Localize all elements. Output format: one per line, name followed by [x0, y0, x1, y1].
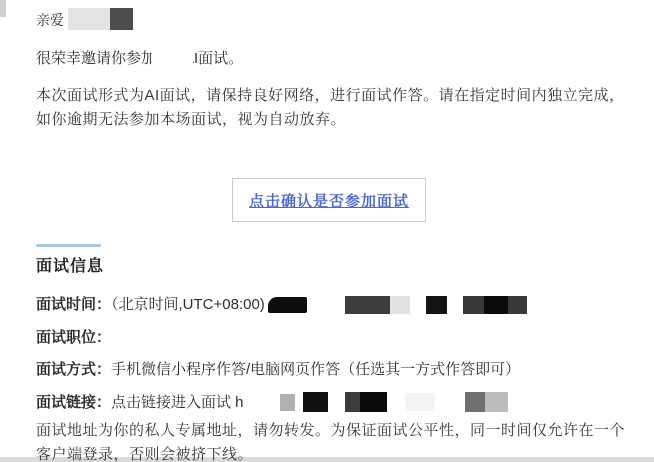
greeting-text: 亲爱 [36, 11, 64, 30]
interview-position-row: 面试职位： [36, 328, 111, 347]
interview-method-label: 面试方式： [36, 361, 111, 378]
redacted-block-invite [152, 46, 193, 67]
section-divider [36, 244, 101, 247]
redacted-block-time_row [390, 296, 410, 314]
redacted-block-time_row [345, 296, 390, 314]
redacted-block-greeting [68, 8, 110, 30]
window-edge-artifact-top-left [0, 0, 6, 17]
interview-time-value: （北京时间,UTC+08:00) [111, 296, 265, 313]
intro-paragraph: 本次面试形式为AI面试，请保持良好网络，进行面试作答。请在指定时间内独立完成，如… [36, 84, 628, 132]
confirm-button[interactable]: 点击确认是否参加面试 [232, 178, 426, 222]
redacted-block-link_row [303, 392, 328, 412]
interview-position-label: 面试职位： [36, 329, 111, 346]
interview-method-row: 面试方式：手机微信小程序作答/电脑网页作答（任选其一方式作答即可） [36, 360, 520, 379]
invite-line: 很荣幸邀请你参加 [36, 49, 156, 68]
redacted-block-time_row [463, 296, 484, 314]
redacted-block-time_row [268, 297, 307, 313]
redacted-block-link_row [360, 392, 387, 412]
redacted-block-link_row [485, 392, 508, 412]
interview-link-value[interactable]: 点击链接进入面试 h [111, 394, 244, 411]
redacted-block-link_row [280, 394, 295, 411]
redacted-block-time_row [484, 296, 508, 314]
interview-link-label: 面试链接： [36, 394, 111, 411]
redacted-block-greeting [110, 8, 133, 30]
redacted-block-time_row [426, 296, 447, 314]
interview-link-row: 面试链接：点击链接进入面试 h [36, 393, 244, 412]
interview-time-row: 面试时间：（北京时间,UTC+08:00) [36, 295, 265, 314]
redacted-block-time_row [508, 296, 527, 314]
invite-prefix: 很荣幸邀请你参加 [36, 50, 156, 67]
confirm-button-label[interactable]: 点击确认是否参加面试 [249, 190, 409, 211]
redacted-block-link_row [405, 393, 435, 411]
redacted-block-link_row [465, 392, 485, 412]
section-title: 面试信息 [36, 253, 104, 276]
interview-method-value: 手机微信小程序作答/电脑网页作答（任选其一方式作答即可） [111, 361, 520, 378]
footer-note: 面试地址为你的私人专属地址，请勿转发。为保证面试公平性，同一时间仅允许在一个客户… [36, 419, 628, 462]
redacted-block-link_row [345, 392, 360, 412]
interview-time-label: 面试时间： [36, 296, 111, 313]
